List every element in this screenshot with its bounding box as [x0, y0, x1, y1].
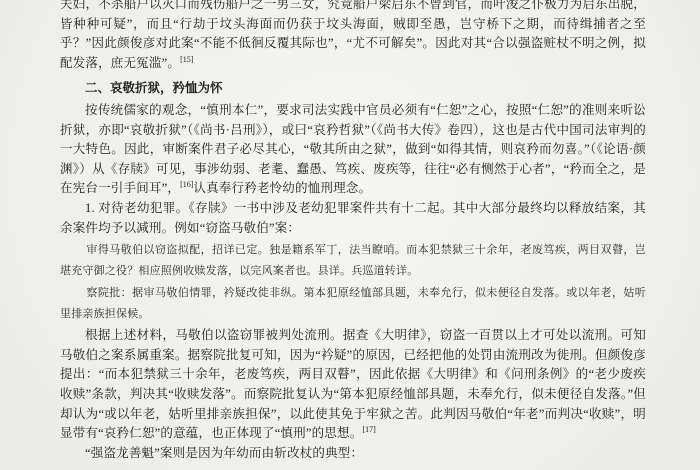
section-heading: 二、哀敬折狱，矜恤为怀 — [60, 79, 646, 99]
paragraph-case-analysis: 根据上述材料，马敬伯以盗窃罪被判处流刑。据查《大明律》，窃盗一百贯以上才可处以流… — [60, 326, 646, 444]
footnote-ref-17: [17] — [362, 425, 375, 434]
paragraph-closing-lead-in: “强盗龙善魁”案则是因为年幼而由斩改杖的典型： — [60, 444, 646, 464]
paragraph-old-young-cases: 1. 对待老幼犯罪。《存牍》一书中涉及老幼犯罪案件共有十二起。其中大部分最终均以… — [60, 199, 646, 238]
page-text-column: 夫妇，不杀船户以灭口而残伤船户之一男三女，究竟船户梁启东不曾到官，而叶浚之仆极力… — [60, 0, 646, 463]
paragraph-opening-text: 夫妇，不杀船户以灭口而残伤船户之一男三女，究竟船户梁启东不曾到官，而叶浚之仆极力… — [60, 0, 646, 70]
paragraph-confucian-principle: 按传统儒家的观念，“慎刑本仁”，要求司法实践中官员必须有“仁恕”之心，按照“仁恕… — [60, 101, 646, 199]
paragraph-analysis-text: 根据上述材料，马敬伯以盗窃罪被判处流刑。据查《大明律》，窃盗一百贯以上才可处以流… — [60, 328, 646, 440]
footnote-ref-15: [15] — [180, 55, 193, 64]
footnote-ref-16: [16] — [180, 180, 193, 189]
paragraph-confucian-text-2: 认真奉行矜老怜幼的恤刑理念。 — [193, 181, 371, 195]
case-quote-censorate-reply: 察院批：据审马敬伯情罪，衿疑改徙非纵。第本犯原经恤部具题，未奉允行，似未便径自发… — [60, 283, 646, 324]
case-quote-verdict: 审得马敬伯以窃盗拟配，招详已定。独是籍系军丁，法当瞭哨。而本犯禁狱三十余年，老废… — [60, 240, 646, 281]
paragraph-opening-continuation: 夫妇，不杀船户以灭口而残伤船户之一男三女，究竟船户梁启东不曾到官，而叶浚之仆极力… — [60, 0, 646, 73]
scanned-document-page: 夫妇，不杀船户以灭口而残伤船户之一男三女，究竟船户梁启东不曾到官，而叶浚之仆极力… — [0, 0, 700, 470]
